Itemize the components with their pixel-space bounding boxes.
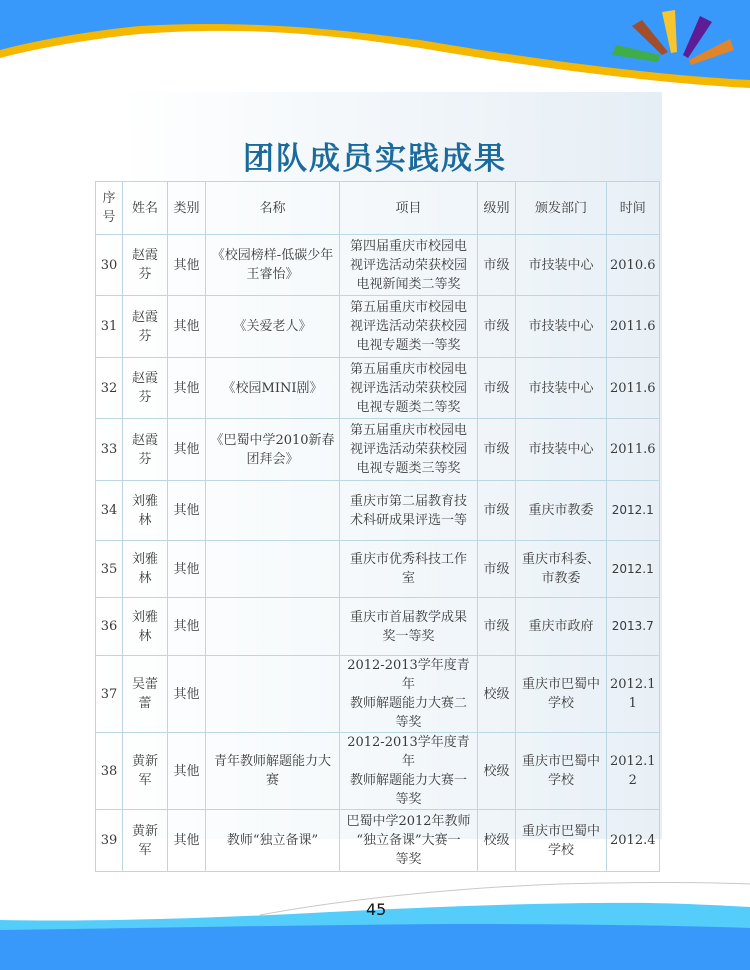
cell-level: 市级: [478, 541, 516, 598]
cell-name: 赵霞芬: [123, 235, 168, 296]
cell-no: 37: [96, 656, 123, 733]
cell-no: 39: [96, 810, 123, 872]
cell-title: [206, 656, 340, 733]
cell-name: 刘雅林: [123, 481, 168, 541]
cell-title: 青年教师解题能力大 赛: [206, 733, 340, 810]
cell-time: 2011.6: [607, 296, 660, 358]
table-row: 36刘雅林其他重庆市首届教学成果 奖一等奖市级重庆市政府2013.7: [96, 598, 660, 656]
cell-type: 其他: [168, 358, 206, 419]
cell-name: 吴蕾蕾: [123, 656, 168, 733]
cell-time: 2012.1 1: [607, 656, 660, 733]
cell-time: 2013.7: [607, 598, 660, 656]
cell-project: 第五届重庆市校园电 视评选活动荣获校园 电视专题类三等奖: [340, 419, 478, 481]
cell-name: 刘雅林: [123, 598, 168, 656]
cell-project: 巴蜀中学2012年教师 “独立备课”大赛一 等奖: [340, 810, 478, 872]
cell-type: 其他: [168, 733, 206, 810]
cell-time: 2012.1: [607, 481, 660, 541]
cell-level: 校级: [478, 733, 516, 810]
cell-title: 《关爱老人》: [206, 296, 340, 358]
table-row: 37吴蕾蕾其他2012-2013学年度青年 教师解题能力大赛二 等奖校级重庆市巴…: [96, 656, 660, 733]
cell-name: 刘雅林: [123, 541, 168, 598]
cell-level: 市级: [478, 419, 516, 481]
cell-title: [206, 481, 340, 541]
header-no: 序 号: [96, 182, 123, 235]
cell-no: 36: [96, 598, 123, 656]
page-number: 45: [366, 900, 386, 919]
cell-title: 《巴蜀中学2010新春 团拜会》: [206, 419, 340, 481]
cell-time: 2012.1 2: [607, 733, 660, 810]
cell-dept: 重庆市科委、 市教委: [516, 541, 607, 598]
page-title: 团队成员实践成果: [0, 133, 750, 178]
header-title: 名称: [206, 182, 340, 235]
cell-level: 校级: [478, 810, 516, 872]
cell-level: 市级: [478, 598, 516, 656]
cell-no: 30: [96, 235, 123, 296]
cell-dept: 市技装中心: [516, 235, 607, 296]
cell-no: 35: [96, 541, 123, 598]
practice-results-table: 序 号 姓名 类别 名称 项目 级别 颁发部门 时间 30赵霞芬其他《校园榜样-…: [95, 181, 660, 872]
cell-time: 2010.6: [607, 235, 660, 296]
cell-project: 第五届重庆市校园电 视评选活动荣获校园 电视专题类二等奖: [340, 358, 478, 419]
cell-level: 市级: [478, 358, 516, 419]
cell-title: [206, 541, 340, 598]
cell-time: 2012.4: [607, 810, 660, 872]
cell-type: 其他: [168, 481, 206, 541]
cell-level: 市级: [478, 481, 516, 541]
cell-project: 重庆市第二届教育技 术科研成果评选一等: [340, 481, 478, 541]
cell-no: 31: [96, 296, 123, 358]
cell-project: 2012-2013学年度青年 教师解题能力大赛一 等奖: [340, 733, 478, 810]
cell-title: 《校园MINI剧》: [206, 358, 340, 419]
table-row: 33赵霞芬其他《巴蜀中学2010新春 团拜会》第五届重庆市校园电 视评选活动荣获…: [96, 419, 660, 481]
header-dept: 颁发部门: [516, 182, 607, 235]
table-row: 31赵霞芬其他《关爱老人》第五届重庆市校园电 视评选活动荣获校园 电视专题类一等…: [96, 296, 660, 358]
table-row: 30赵霞芬其他《校园榜样-低碳少年 王睿怡》第四届重庆市校园电 视评选活动荣获校…: [96, 235, 660, 296]
cell-project: 2012-2013学年度青年 教师解题能力大赛二 等奖: [340, 656, 478, 733]
cell-dept: 市技装中心: [516, 358, 607, 419]
cell-project: 第五届重庆市校园电 视评选活动荣获校园 电视专题类一等奖: [340, 296, 478, 358]
cell-dept: 重庆市教委: [516, 481, 607, 541]
footer-wave-banner: [0, 870, 750, 970]
cell-title: 教师“独立备课”: [206, 810, 340, 872]
header-name: 姓名: [123, 182, 168, 235]
cell-dept: 市技装中心: [516, 296, 607, 358]
header-time: 时间: [607, 182, 660, 235]
header-level: 级别: [478, 182, 516, 235]
cell-time: 2011.6: [607, 419, 660, 481]
sunburst-rays-logo-icon: [590, 0, 750, 100]
table-row: 38黄新军其他青年教师解题能力大 赛2012-2013学年度青年 教师解题能力大…: [96, 733, 660, 810]
cell-type: 其他: [168, 656, 206, 733]
cell-title: 《校园榜样-低碳少年 王睿怡》: [206, 235, 340, 296]
cell-dept: 市技装中心: [516, 419, 607, 481]
table-header-row: 序 号 姓名 类别 名称 项目 级别 颁发部门 时间: [96, 182, 660, 235]
cell-time: 2012.1: [607, 541, 660, 598]
header-project: 项目: [340, 182, 478, 235]
cell-name: 赵霞芬: [123, 358, 168, 419]
cell-level: 市级: [478, 235, 516, 296]
cell-level: 校级: [478, 656, 516, 733]
cell-name: 赵霞芬: [123, 419, 168, 481]
table-row: 39黄新军其他教师“独立备课”巴蜀中学2012年教师 “独立备课”大赛一 等奖校…: [96, 810, 660, 872]
cell-title: [206, 598, 340, 656]
header-type: 类别: [168, 182, 206, 235]
cell-type: 其他: [168, 296, 206, 358]
cell-no: 32: [96, 358, 123, 419]
cell-type: 其他: [168, 810, 206, 872]
cell-name: 赵霞芬: [123, 296, 168, 358]
cell-no: 33: [96, 419, 123, 481]
table-row: 32赵霞芬其他《校园MINI剧》第五届重庆市校园电 视评选活动荣获校园 电视专题…: [96, 358, 660, 419]
cell-name: 黄新军: [123, 810, 168, 872]
cell-project: 重庆市优秀科技工作 室: [340, 541, 478, 598]
cell-name: 黄新军: [123, 733, 168, 810]
cell-time: 2011.6: [607, 358, 660, 419]
cell-no: 38: [96, 733, 123, 810]
cell-dept: 重庆市巴蜀中 学校: [516, 733, 607, 810]
cell-level: 市级: [478, 296, 516, 358]
cell-dept: 重庆市巴蜀中 学校: [516, 656, 607, 733]
table-row: 34刘雅林其他重庆市第二届教育技 术科研成果评选一等市级重庆市教委2012.1: [96, 481, 660, 541]
cell-type: 其他: [168, 541, 206, 598]
cell-dept: 重庆市巴蜀中 学校: [516, 810, 607, 872]
cell-type: 其他: [168, 419, 206, 481]
cell-no: 34: [96, 481, 123, 541]
cell-dept: 重庆市政府: [516, 598, 607, 656]
cell-type: 其他: [168, 235, 206, 296]
cell-type: 其他: [168, 598, 206, 656]
cell-project: 第四届重庆市校园电 视评选活动荣获校园 电视新闻类二等奖: [340, 235, 478, 296]
table-row: 35刘雅林其他重庆市优秀科技工作 室市级重庆市科委、 市教委2012.1: [96, 541, 660, 598]
cell-project: 重庆市首届教学成果 奖一等奖: [340, 598, 478, 656]
